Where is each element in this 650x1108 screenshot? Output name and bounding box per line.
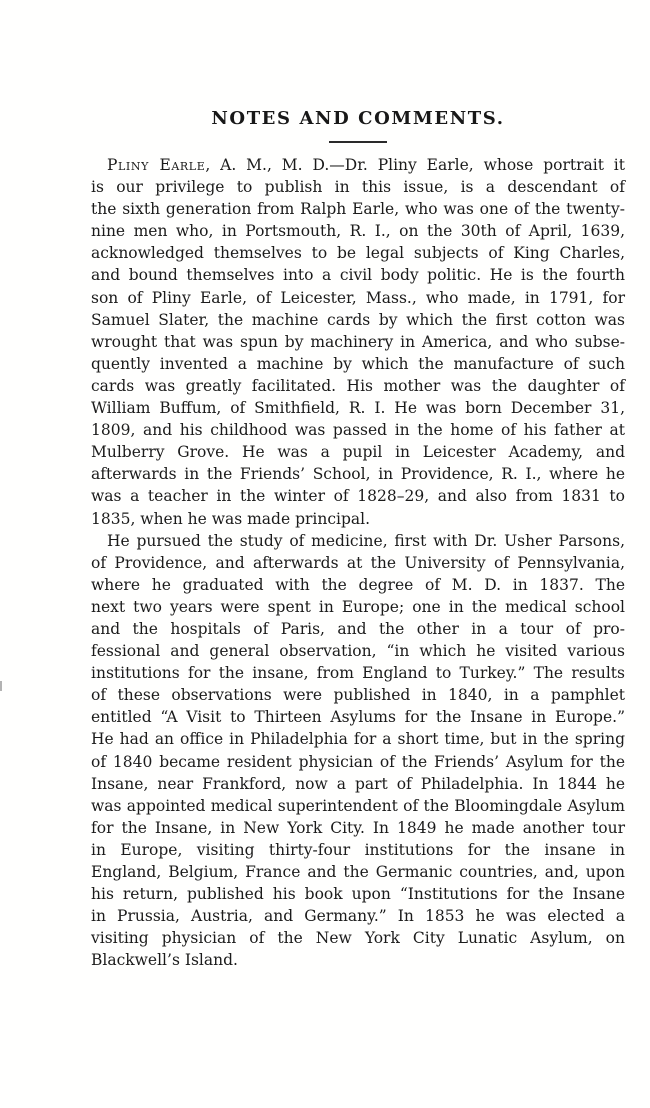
text-line: son of Pliny Earle, of Leicester, Mass.,… [91, 287, 625, 309]
paragraph-2: He pursued the study of medicine, first … [91, 530, 625, 972]
text-line: was a teacher in the winter of 1828–29, … [91, 485, 625, 507]
text-line: Blackwell’s Island. [91, 949, 625, 971]
text-line: and bound themselves into a civil body p… [91, 264, 625, 286]
text-line: institutions for the insane, from Englan… [91, 662, 625, 684]
text-line: He had an office in Philadelphia for a s… [91, 728, 625, 750]
text-line: fessional and general observation, “in w… [91, 640, 625, 662]
text-line: Pliny Earle, A. M., M. D.—Dr. Pliny Earl… [91, 154, 625, 176]
page-title: NOTES AND COMMENTS. [91, 108, 625, 130]
text-line: and the hospitals of Paris, and the othe… [91, 618, 625, 640]
text-line: visiting physician of the New York City … [91, 927, 625, 949]
text-line: in Europe, visiting thirty-four institut… [91, 839, 625, 861]
text-line: acknowledged themselves to be legal subj… [91, 242, 625, 264]
text-line: 1835, when he was made principal. [91, 508, 625, 530]
text-line: Insane, near Frankford, now a part of Ph… [91, 773, 625, 795]
article-subject-name: Pliny Earle [107, 156, 205, 174]
text-line: of 1840 became resident physician of the… [91, 751, 625, 773]
text-line: nine men who, in Portsmouth, R. I., on t… [91, 220, 625, 242]
text-line: his return, published his book upon “Ins… [91, 883, 625, 905]
text-line: where he graduated with the degree of M.… [91, 574, 625, 596]
text-line: wrought that was spun by machinery in Am… [91, 331, 625, 353]
text-line: was appointed medical superintendent of … [91, 795, 625, 817]
text-line: of these observations were published in … [91, 684, 625, 706]
title-divider-rule [329, 141, 387, 143]
text-line: for the Insane, in New York City. In 184… [91, 817, 625, 839]
book-page: NOTES AND COMMENTS. Pliny Earle, A. M., … [0, 0, 650, 1108]
text-line: 1809, and his childhood was passed in th… [91, 419, 625, 441]
text-line: Mulberry Grove. He was a pupil in Leices… [91, 441, 625, 463]
text-line: England, Belgium, France and the Germani… [91, 861, 625, 883]
text-line: entitled “A Visit to Thirteen Asylums fo… [91, 706, 625, 728]
text-line: is our privilege to publish in this issu… [91, 176, 625, 198]
text-line: quently invented a machine by which the … [91, 353, 625, 375]
paragraph-1: Pliny Earle, A. M., M. D.—Dr. Pliny Earl… [91, 154, 625, 530]
text-line: afterwards in the Friends’ School, in Pr… [91, 463, 625, 485]
text-line: in Prussia, Austria, and Germany.” In 18… [91, 905, 625, 927]
text-line: cards was greatly facilitated. His mothe… [91, 375, 625, 397]
text-line: He pursued the study of medicine, first … [91, 530, 625, 552]
text-line: William Buffum, of Smithfield, R. I. He … [91, 397, 625, 419]
text-line: next two years were spent in Europe; one… [91, 596, 625, 618]
scan-edge-artifact [0, 681, 2, 691]
text-line: Samuel Slater, the machine cards by whic… [91, 309, 625, 331]
text-line: of Providence, and afterwards at the Uni… [91, 552, 625, 574]
article-body: Pliny Earle, A. M., M. D.—Dr. Pliny Earl… [91, 154, 625, 971]
text-block: NOTES AND COMMENTS. Pliny Earle, A. M., … [91, 0, 625, 971]
text-line: the sixth generation from Ralph Earle, w… [91, 198, 625, 220]
